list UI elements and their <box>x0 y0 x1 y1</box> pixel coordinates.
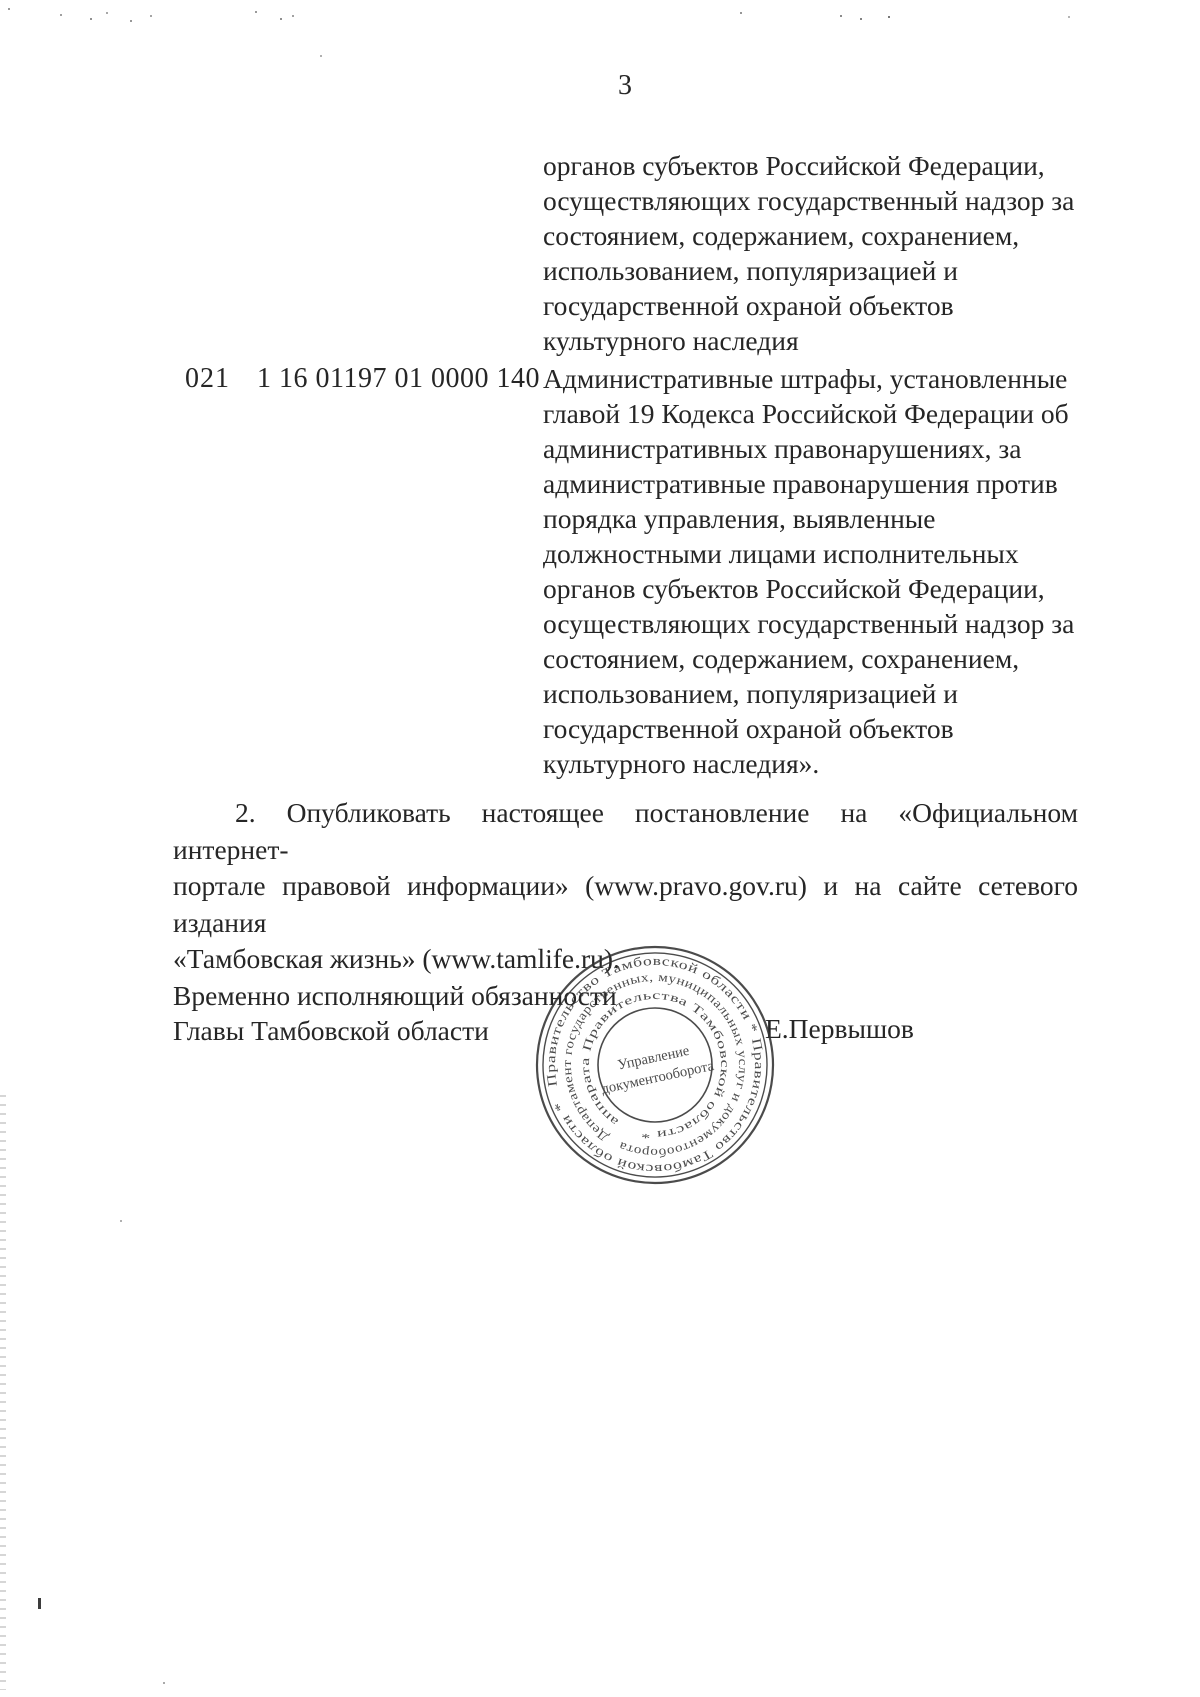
budget-classification-code: 1 16 01197 01 0000 140 <box>257 361 540 396</box>
code-description-text-block: Административные штрафы, установленные г… <box>543 361 1088 781</box>
official-round-stamp: Правительство Тамбовской области * Прави… <box>505 915 805 1215</box>
stamp-graphic: Правительство Тамбовской области * Прави… <box>515 925 795 1205</box>
paragraph-line: 2. Опубликовать настоящее постановление … <box>173 795 1078 868</box>
administrator-code: 021 <box>185 361 230 396</box>
scan-edge-mark <box>38 1598 41 1609</box>
continuation-text-block: органов субъектов Российской Федерации, … <box>543 148 1088 358</box>
scanned-document-page: 3 органов субъектов Российской Федерации… <box>0 0 1200 1697</box>
scan-noise-speckles <box>8 8 10 10</box>
page-number: 3 <box>618 70 632 102</box>
scan-edge-noise <box>0 1095 6 1690</box>
